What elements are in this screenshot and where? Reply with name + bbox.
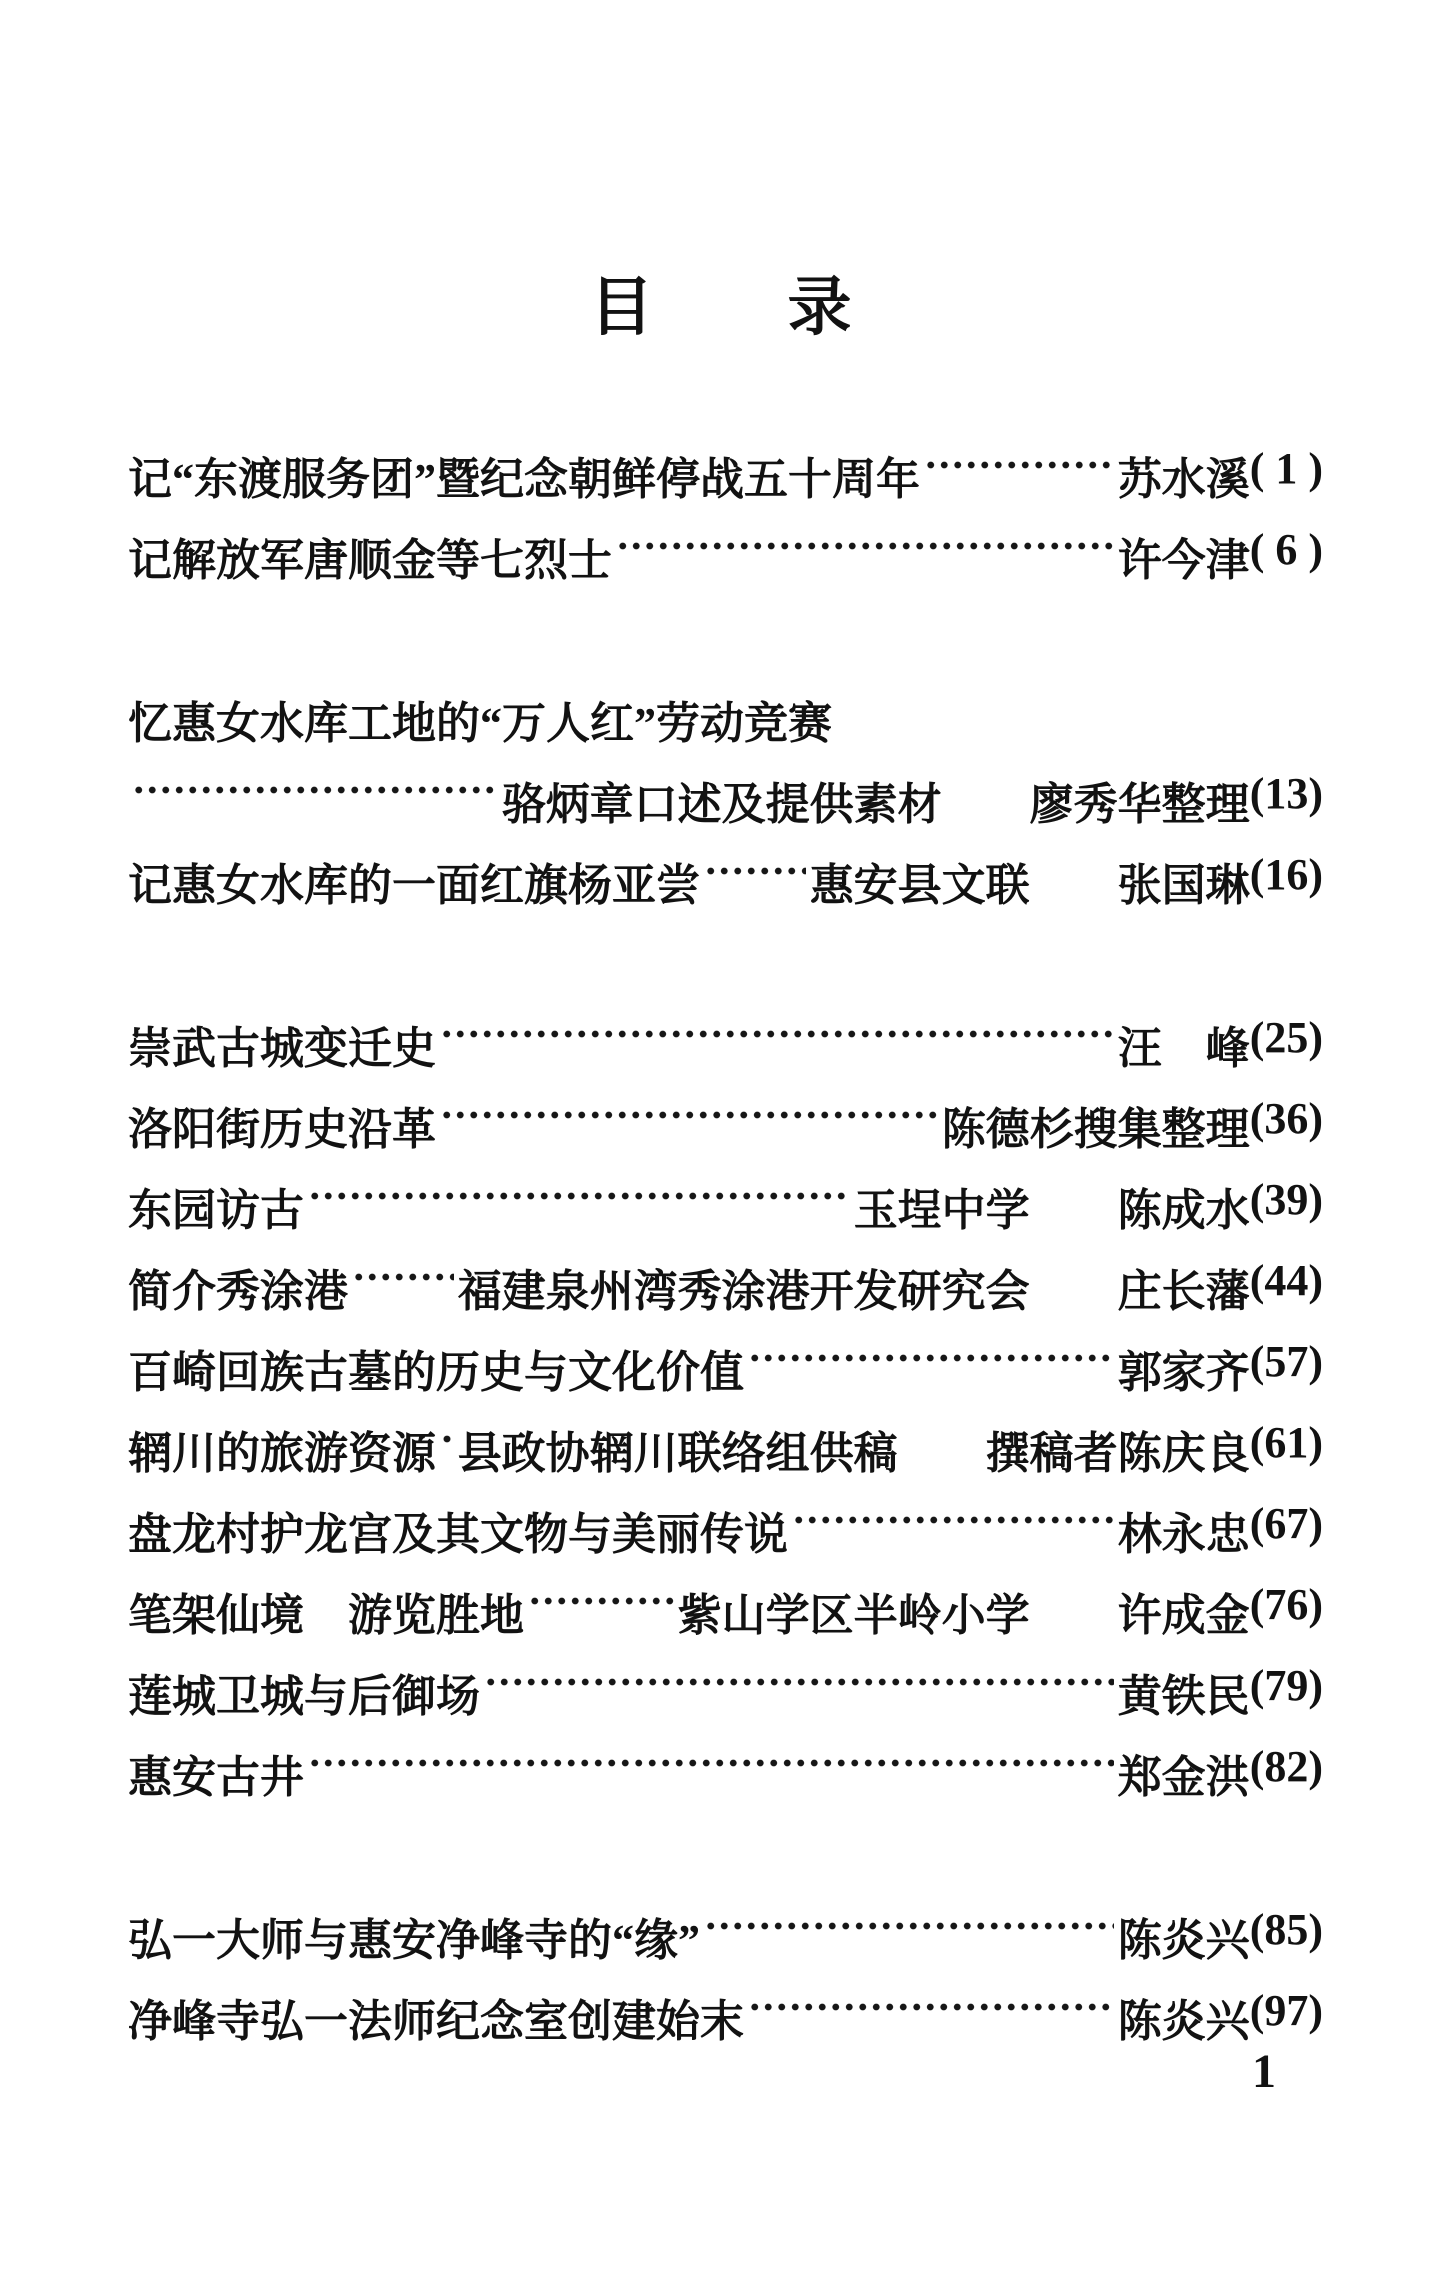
entry-page-number: ( 6 ) bbox=[1250, 524, 1323, 575]
folio-page-number: 1 bbox=[1252, 2044, 1276, 2099]
entry-page-number: (25) bbox=[1250, 1012, 1323, 1063]
entry-page-number: (13) bbox=[1250, 768, 1323, 819]
dot-leader bbox=[616, 524, 1114, 568]
entry-author: 苏水溪 bbox=[1118, 443, 1250, 507]
toc-entry: 惠安古井 郑金洪 (82) bbox=[128, 1741, 1323, 1822]
dot-leader bbox=[352, 1255, 454, 1299]
toc-entry: 记惠女水库的一面红旗杨亚尝 惠安县文联 张国琳 (16) bbox=[128, 849, 1323, 930]
dot-leader bbox=[440, 1093, 938, 1137]
entry-title: 记惠女水库的一面红旗杨亚尝 bbox=[128, 849, 700, 913]
dot-leader bbox=[704, 1904, 1114, 1948]
entry-title: 崇武古城变迁史 bbox=[128, 1012, 436, 1076]
entry-title: 笔架仙境 游览胜地 bbox=[128, 1579, 524, 1643]
entry-author: 郭家齐 bbox=[1118, 1336, 1250, 1400]
toc-entry: 笔架仙境 游览胜地 紫山学区半岭小学 许成金 (76) bbox=[128, 1579, 1323, 1660]
entry-title: 辋川的旅游资源 bbox=[128, 1417, 436, 1481]
entry-title: 盘龙村护龙宫及其文物与美丽传说 bbox=[128, 1498, 788, 1562]
toc-entry: 辋川的旅游资源 县政协辋川联络组供稿 撰稿者陈庆良 (61) bbox=[128, 1417, 1323, 1498]
entry-author: 惠安县文联 张国琳 bbox=[810, 849, 1250, 913]
toc-page: 目 录 记“东渡服务团”暨纪念朝鲜停战五十周年 苏水溪 ( 1 ) 记解放军唐顺… bbox=[0, 0, 1443, 2269]
dot-leader bbox=[440, 1417, 454, 1461]
entry-page-number: (97) bbox=[1250, 1985, 1323, 2036]
entry-page-number: (16) bbox=[1250, 849, 1323, 900]
entry-page-number: (85) bbox=[1250, 1904, 1323, 1955]
entry-author: 紫山学区半岭小学 许成金 bbox=[678, 1579, 1250, 1643]
page-title: 目 录 bbox=[0, 256, 1443, 348]
entry-title: 莲城卫城与后御场 bbox=[128, 1660, 480, 1724]
entry-author: 陈炎兴 bbox=[1118, 1985, 1250, 2049]
entry-title: 百崎回族古墓的历史与文化价值 bbox=[128, 1336, 744, 1400]
entry-page-number: (39) bbox=[1250, 1174, 1323, 1225]
entry-page-number: (57) bbox=[1250, 1336, 1323, 1387]
entry-title: 忆惠女水库工地的“万人红”劳动竞赛 bbox=[128, 687, 832, 751]
entry-author: 郑金洪 bbox=[1118, 1741, 1250, 1805]
entry-title: 洛阳街历史沿革 bbox=[128, 1093, 436, 1157]
dot-leader bbox=[924, 443, 1114, 487]
entry-author: 林永忠 bbox=[1118, 1498, 1250, 1562]
toc-entry: 记解放军唐顺金等七烈士 许今津 ( 6 ) bbox=[128, 524, 1323, 605]
entry-author: 县政协辋川联络组供稿 撰稿者陈庆良 bbox=[458, 1417, 1250, 1481]
entry-page-number: (61) bbox=[1250, 1417, 1323, 1468]
toc-entry: 简介秀涂港 福建泉州湾秀涂港开发研究会 庄长藩 (44) bbox=[128, 1255, 1323, 1336]
toc-entry: 东园访古 玉埕中学 陈成水 (39) bbox=[128, 1174, 1323, 1255]
toc-list: 记“东渡服务团”暨纪念朝鲜停战五十周年 苏水溪 ( 1 ) 记解放军唐顺金等七烈… bbox=[128, 443, 1323, 2066]
toc-entry: 百崎回族古墓的历史与文化价值 郭家齐 (57) bbox=[128, 1336, 1323, 1417]
entry-title: 弘一大师与惠安净峰寺的“缘” bbox=[128, 1904, 700, 1968]
dot-leader bbox=[308, 1174, 850, 1218]
toc-entry: 忆惠女水库工地的“万人红”劳动竞赛 bbox=[128, 687, 1323, 768]
toc-entry: 盘龙村护龙宫及其文物与美丽传说 林永忠 (67) bbox=[128, 1498, 1323, 1579]
entry-page-number: ( 1 ) bbox=[1250, 443, 1323, 494]
entry-page-number: (82) bbox=[1250, 1741, 1323, 1792]
entry-title: 记解放军唐顺金等七烈士 bbox=[128, 524, 612, 588]
toc-entry-continuation: 骆炳章口述及提供素材 廖秀华整理 (13) bbox=[128, 768, 1323, 849]
entry-author: 玉埕中学 陈成水 bbox=[854, 1174, 1250, 1238]
entry-title: 记“东渡服务团”暨纪念朝鲜停战五十周年 bbox=[128, 443, 920, 507]
toc-entry: 莲城卫城与后御场 黄铁民 (79) bbox=[128, 1660, 1323, 1741]
dot-leader bbox=[132, 768, 498, 812]
dot-leader bbox=[792, 1498, 1114, 1542]
dot-leader bbox=[440, 1012, 1114, 1056]
toc-entry: 洛阳街历史沿革 陈德杉搜集整理 (36) bbox=[128, 1093, 1323, 1174]
dot-leader bbox=[528, 1579, 674, 1623]
dot-leader bbox=[308, 1741, 1114, 1785]
entry-title: 净峰寺弘一法师纪念室创建始末 bbox=[128, 1985, 744, 2049]
dot-leader bbox=[748, 1336, 1114, 1380]
toc-entry: 记“东渡服务团”暨纪念朝鲜停战五十周年 苏水溪 ( 1 ) bbox=[128, 443, 1323, 524]
entry-author: 福建泉州湾秀涂港开发研究会 庄长藩 bbox=[458, 1255, 1250, 1319]
entry-page-number: (76) bbox=[1250, 1579, 1323, 1630]
entry-page-number: (36) bbox=[1250, 1093, 1323, 1144]
entry-author: 陈炎兴 bbox=[1118, 1904, 1250, 1968]
entry-title: 东园访古 bbox=[128, 1174, 304, 1238]
dot-leader bbox=[704, 849, 806, 893]
entry-author: 汪 峰 bbox=[1118, 1012, 1250, 1076]
entry-author: 许今津 bbox=[1118, 524, 1250, 588]
toc-entry: 净峰寺弘一法师纪念室创建始末 陈炎兴 (97) bbox=[128, 1985, 1323, 2066]
entry-page-number: (44) bbox=[1250, 1255, 1323, 1306]
dot-leader bbox=[748, 1985, 1114, 2029]
entry-title: 简介秀涂港 bbox=[128, 1255, 348, 1319]
toc-entry: 弘一大师与惠安净峰寺的“缘” 陈炎兴 (85) bbox=[128, 1904, 1323, 1985]
dot-leader bbox=[484, 1660, 1114, 1704]
entry-title: 惠安古井 bbox=[128, 1741, 304, 1805]
entry-author: 陈德杉搜集整理 bbox=[942, 1093, 1250, 1157]
entry-author: 黄铁民 bbox=[1118, 1660, 1250, 1724]
toc-entry: 崇武古城变迁史 汪 峰 (25) bbox=[128, 1012, 1323, 1093]
entry-page-number: (79) bbox=[1250, 1660, 1323, 1711]
entry-page-number: (67) bbox=[1250, 1498, 1323, 1549]
entry-author: 骆炳章口述及提供素材 廖秀华整理 bbox=[502, 768, 1250, 832]
